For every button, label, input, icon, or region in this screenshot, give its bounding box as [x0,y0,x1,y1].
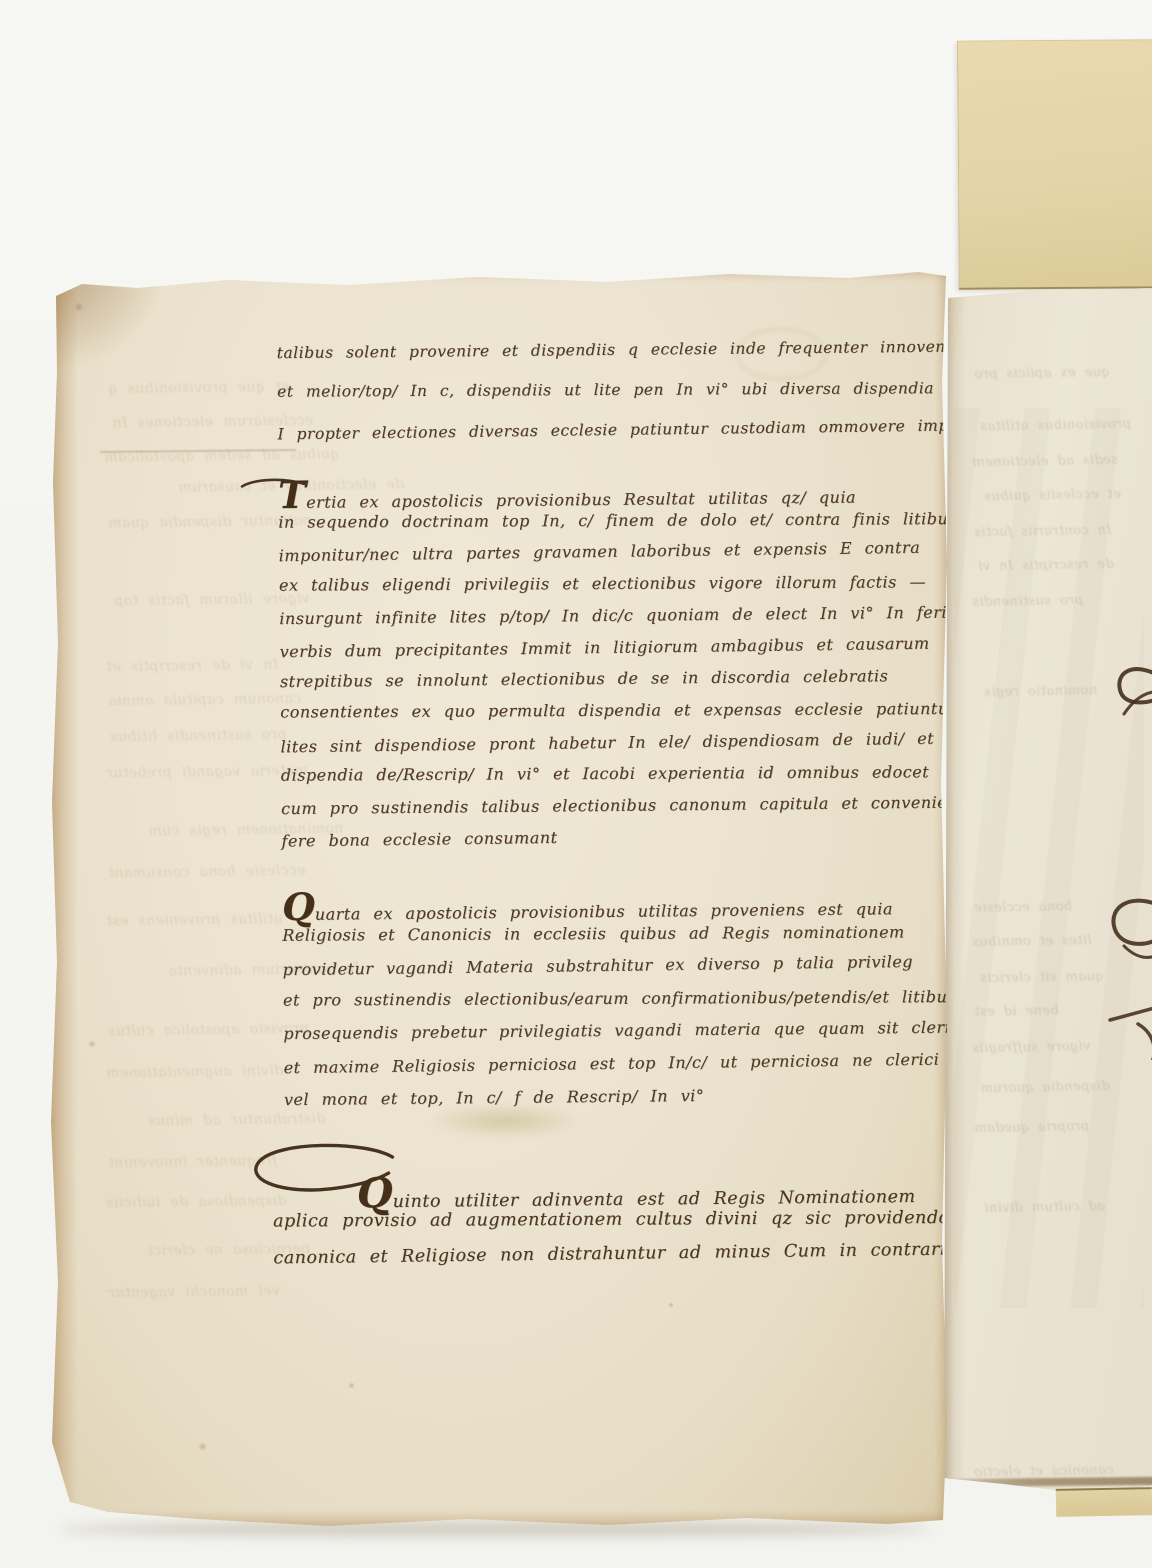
manuscript-line: strepitibus se innolunt electionibus de … [280,666,889,691]
showthrough-line: nominatio regis [984,683,1097,700]
paragraph-tertia: Tertia ex apostolicis provisionibus Resu… [42,258,944,267]
paragraph-quinto: Quinto utiliter adinventa est ad Regis N… [42,258,944,267]
showthrough-line: provisionibus utilitas [980,417,1131,435]
manuscript-line: et melior/top/ In c, dispendiis ut lite … [277,379,934,400]
tan-sheet-lower-sliver [1056,1487,1152,1517]
manuscript-line: lites sint dispendiose pront habetur In … [280,728,997,756]
manuscript-line: aplica provisio ad augmentationem cultus… [273,1207,1042,1231]
cutoff-swash-icon [1104,894,1152,964]
showthrough-line: lites et omnibus [972,933,1092,950]
showthrough-line: pro sustinendis [972,593,1083,610]
manuscript-line: ex talibus eligendi privilegiis et elect… [279,572,926,594]
manuscript-line: canonica et Religiose non distrahuntur a… [273,1239,975,1268]
manuscript-line: consentientes ex quo permulta dispendia … [280,699,1005,722]
showthrough-line: dispendia quorum [980,1079,1110,1096]
page-drop-shadow [60,1522,930,1536]
paragraph-opening-lines: talibus solent provenire et dispendiis q… [42,258,944,267]
manuscript-line: cum pro sustinendis talibus electionibus… [281,792,1048,818]
manuscript-line: talibus solent provenire et dispendiis q… [277,337,969,362]
showthrough-line: In contrariis factis [974,523,1112,540]
manuscript-line: verbis dum precipitantes Immit in litigi… [280,634,930,662]
manuscript-line: Quinto utiliter adinventa est ad Regis N… [357,1173,916,1212]
folio-bottom-edge [944,1477,1152,1487]
manuscript-line: dispendia de/Rescrip/ In vi° et Iacobi e… [281,762,929,784]
showthrough-line: de rescriptis In vi [978,557,1114,574]
manuscript-line: providetur vagandi Materia substrahitur … [283,952,914,979]
showthrough-line: vigore suffragiis [972,1039,1091,1056]
showthrough-line: et ecclesiis quibus [984,487,1121,504]
showthrough-line: quam sit clericis [980,969,1104,986]
manuscript-line: et maxime Religiosis perniciosa est top … [283,1050,939,1078]
right-folio-page: que ex aplicis proprovisionibus utilitas… [944,288,1152,1520]
manuscript-line: insurgunt infinite lites p/top/ In dic/c… [279,603,956,628]
showthrough-line: bona ecclesie [974,899,1072,916]
tan-guard-sheet [957,39,1152,289]
manuscript-line: et pro sustinendis electionibus/earum co… [283,987,956,1010]
showthrough-line: propria quedam [974,1119,1090,1136]
manuscript-line: fere bona ecclesie consumant [281,828,557,851]
gutter-crease [944,288,966,1520]
manuscript-line: I propter electiones diversas ecclesie p… [277,416,1006,444]
showthrough-line: bene id est [974,1003,1059,1019]
manuscript-line: in sequendo doctrinam top In, c/ finem d… [278,509,957,532]
manuscript-line: Tertia ex apostolicis provisionibus Resu… [278,477,856,513]
manuscript-text-block: talibus solent provenire et dispendiis q… [42,258,956,1539]
paragraph-quarta: Quarta ex apostolicis provisionibus util… [42,258,944,267]
manuscript-line: Quarta ex apostolicis provisionibus util… [282,888,893,924]
manuscript-line: prosequendis prebetur privilegiatis vaga… [283,1017,974,1043]
showthrough-line: ad cultum divini [984,1199,1105,1216]
cutoff-stroke-icon [1108,1004,1152,1060]
manuscript-line: imponitur/nec ultra partes gravamen labo… [279,538,921,565]
photograph-of-manuscript-opening: que ex aplicis proprovisionibus utilitas… [0,0,1152,1568]
manuscript-line: Religiosis et Canonicis in ecclesiis qui… [282,922,904,944]
water-stain-band [954,408,1144,1308]
manuscript-line: vel mona et top, In c/ f de Rescrip/ In … [284,1086,705,1109]
showthrough-line: sedis ad electionem [972,453,1118,471]
cutoff-initial-icon [1112,660,1152,740]
manuscript-page: et que provisionibus qecclesiarum electi… [48,262,950,1534]
showthrough-line: que ex aplicis pro [974,365,1110,382]
